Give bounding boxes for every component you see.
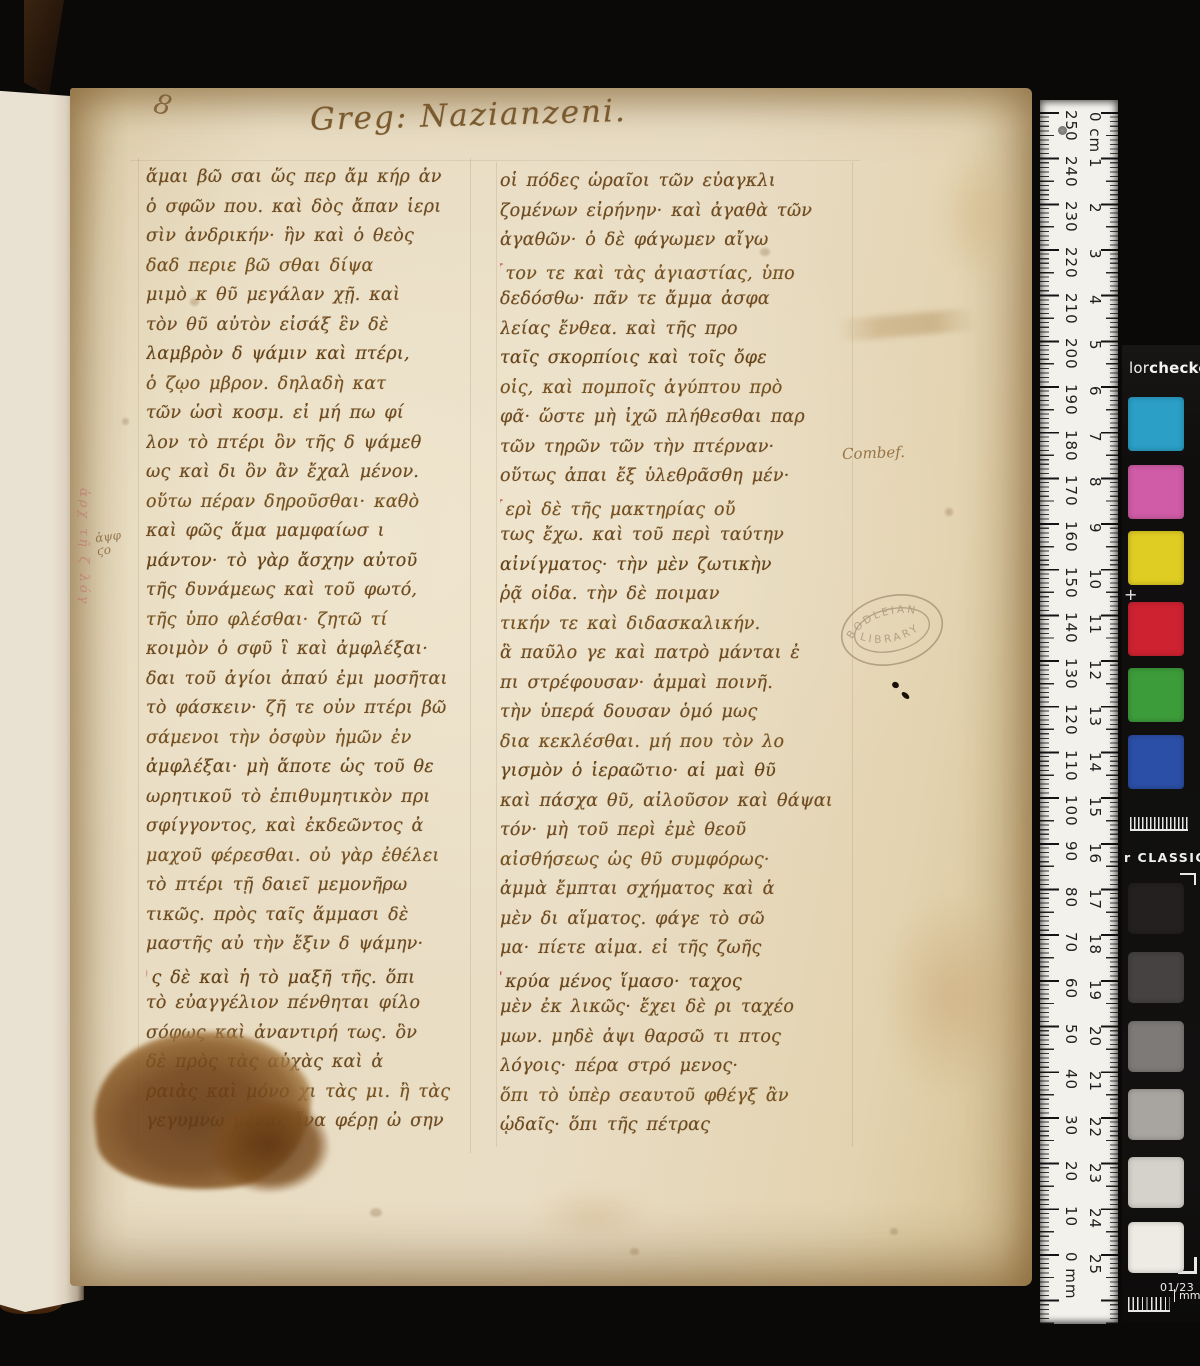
foxing-spot [122,418,129,425]
gray-patch-gray [1128,1089,1184,1140]
manuscript-line: γισμὸν ὁ ἱεραῶτιο· αἱ μαὶ θῦ [500,761,848,791]
margin-note-red: ἀρχ τῆ ζ λόγ [76,488,91,607]
ruler-mm-label: 190 [1062,384,1080,416]
manuscript-line: οἱ πόδες ὡραῖοι τῶν εὐαγκλι [500,171,848,201]
manuscript-line: οἷς, καὶ πομποῖς ἀγύπτου πρὸ [500,378,848,408]
manuscript-line: ῥᾷ οἶδα. τὴν δὲ ποιμαν [500,584,848,614]
manuscript-line: δια κεκλέσθαι. μή που τὸν λο [500,732,848,762]
margin-note-attribution: Combef. [842,443,906,463]
ruling-line [138,158,139,1153]
manuscript-line: λον τὸ πτέρι ὂν τῆς δ ψάμεθ [146,433,468,463]
manuscript-line: λείας ἔνθεα. καὶ τῆς προ [500,319,848,349]
ruler-cm-label: 4 [1086,295,1104,306]
ruler-mm-label: 90 [1062,841,1080,862]
measurement-ruler: 2502402302202102001901801701601501401301… [1040,100,1118,1324]
brand-prefix: lor [1129,359,1149,377]
ruler-mm-label: 30 [1062,1115,1080,1136]
stain-bottom [518,1180,668,1250]
manuscript-line: καὶ πάσχα θῦ, αἰλοῦσον καὶ θάψαι [500,791,848,821]
manuscript-line: οὕτω πέραν δηροῦσθαι· καθὸ [146,492,468,522]
ruler-mm-label: 220 [1062,247,1080,279]
ruler-mm-label: 160 [1062,521,1080,553]
manuscript-line: πι στρέφουσαν· ἀμμαὶ ποινῆ. [500,673,848,703]
ruler-mm-label: 110 [1062,750,1080,782]
color-patch-red [1128,602,1184,656]
manuscript-line: δαδ περιε βῶ σθαι δίψα [146,256,468,286]
ruler-cm-label: 25 [1086,1254,1104,1275]
colorchecker-brand-label: lorchecke [1129,359,1200,377]
foxing-spot [945,508,953,516]
gray-patch-dark-gray [1128,952,1184,1003]
manuscript-line: τὸ φάσκειν· ζῆ τε οὖν πτέρι βῶ [146,698,468,728]
manuscript-line: ὁ ζῳο μβρον. δηλαδὴ κατ [146,374,468,404]
manuscript-line: τὴν ὑπερά δουσαν ὁμό μως [500,702,848,732]
ruler-cm-label: 14 [1086,752,1104,773]
foxing-spot [630,1248,639,1255]
manuscript-line: τως ἔχω. καὶ τοῦ περὶ ταύτην [500,525,848,555]
gray-patch-white [1128,1222,1184,1273]
manuscript-line: ραιὰς καὶ μόνο χι τὰς μι. ἢ τὰς [146,1082,468,1112]
manuscript-line-text: τον τε καὶ τὰς ἀγιαστίας, ὑπο [506,264,795,284]
manuscript-line: τικήν τε καὶ διδασκαλικήν. [500,614,848,644]
manuscript-line-text: κρύα μένος ἵμασο· ταχος [505,972,742,992]
manuscript-line: ὅπι τὸ ὑπὲρ σεαυτοῦ φθέγξ ἂν [500,1086,848,1116]
rubric-initial: Π [500,496,503,520]
ruler-cm-label: 12 [1086,660,1104,681]
stain-corner [926,124,1026,304]
manuscript-line: σάμενοι τὴν ὀσφὺν ἡμῶν ἐν [146,728,468,758]
manuscript-line: λόγοις· πέρα στρό μενος· [500,1056,848,1086]
manuscript-line: τῶν ὡσὶ κοσμ. εἰ μή πω φί [146,403,468,433]
manuscript-line: αἰσθήσεως ὡς θῦ συμφόρως· [500,850,848,880]
foxing-spot [890,1228,898,1235]
ruler-cm-label: 8 [1086,477,1104,488]
ruling-line [470,158,471,1153]
manuscript-line: ἀμφλέξαι· μὴ ἅποτε ὡς τοῦ θε [146,757,468,787]
ruler-mm-label: 130 [1062,658,1080,690]
ruler-cm-label: 24 [1086,1208,1104,1229]
manuscript-line: κοιμὸν ὁ σφῦ ἳ καὶ ἀμφλέξαι· [146,639,468,669]
ruler-cm-label: 10 [1086,569,1104,590]
ink-dot [891,681,900,690]
ruling-line [130,160,860,161]
ruler-cm-label: 19 [1086,980,1104,1001]
manuscript-line: λαμβρὸν δ ψάμιν καὶ πτέρι, [146,344,468,374]
ruler-mm-label: 10 [1062,1206,1080,1227]
manuscript-line: ως καὶ δι ὂν ἂν ἔχαλ μένον. [146,462,468,492]
ruler-mm-label: 210 [1062,293,1080,325]
gray-patch-black [1128,883,1184,934]
manuscript-line: φᾶ· ὥστε μὴ ἰχῶ πλήθεσθαι παρ [500,407,848,437]
stain-right [862,868,1042,1123]
ruler-mm-label: 140 [1062,612,1080,644]
manuscript-line: ὁ σφῶν που. καὶ δὸς ἄπαν ἱερι [146,197,468,227]
ruler-cm-label: 3 [1086,249,1104,260]
mini-tick-scale [1130,817,1188,831]
color-patch-cyan [1128,397,1184,451]
ruler-mm-label: 200 [1062,338,1080,370]
manuscript-line: τὸ πτέρι τῇ δαιεῖ μεμονῆρω [146,875,468,905]
ruler-mm-label: 240 [1062,156,1080,188]
manuscript-line: ἀγαθῶν· ὁ δὲ φάγωμεν αἴγω [500,230,848,260]
ruler-cm-label: 11 [1086,614,1104,635]
manuscript-line-text: ερὶ δὲ τῆς μακτηρίας οὔ [506,500,736,520]
ruler-mm-label: 230 [1062,201,1080,233]
brand-bold: checke [1149,359,1200,377]
ruler-cm-label: 23 [1086,1163,1104,1184]
gray-patch-light-gray [1128,1157,1184,1208]
manuscript-line: γεγυμνω μένας ἵνα φέρῃ ὦ σην [146,1111,468,1141]
ink-dot [900,691,910,701]
ruling-line [496,162,497,1147]
manuscript-line: μάντον· τὸ γὰρ ἄσχην αὐτοῦ [146,551,468,581]
manuscript-line: τικῶς. πρὸς ταῖς ἅμμασι δὲ [146,905,468,935]
manuscript-line: τὸ εὐαγγέλιον πένθηται φίλο [146,993,468,1023]
gray-patch-mid-gray [1128,1021,1184,1072]
margin-note-small: ἀψφ ϛο [94,528,131,558]
color-patch-yellow [1128,531,1184,585]
ruler-cm-label: 9 [1086,523,1104,534]
ruler-cm-label: 13 [1086,706,1104,727]
ruler-mm-label: 100 [1062,795,1080,827]
ruler-mm-label: 80 [1062,887,1080,908]
manuscript-line: ἅμαι βῶ σαι ὥς περ ἄμ κήρ ἀν [146,167,468,197]
ruler-cm-label: 2 [1086,203,1104,214]
manuscript-line: Περὶ δὲ τῆς μακτηρίας οὔ [500,496,848,526]
manuscript-line: σφίγγοντος, καὶ ἐκδεῶντος ἀ [146,816,468,846]
manuscript-line: ἃ παῦλο γε καὶ πατρὸ μάνται ἐ [500,643,848,673]
ruler-cm-label: 7 [1086,432,1104,443]
color-patch-magenta [1128,465,1184,519]
ruler-mm-label: 70 [1062,932,1080,953]
ruler-cm-label: 22 [1086,1117,1104,1138]
manuscript-line: ᾠδαῖς· ὅπι τῆς πέτρας [500,1115,848,1145]
manuscript-line: ἀμμὰ ἔμπται σχήματος καὶ ἁ [500,879,848,909]
folio-number: 8 [151,88,175,122]
page-title-inscription: Greg: Nazianzeni. [310,90,731,138]
manuscript-line: τῆς ὑπο φλέσθαι· ζητῶ τί [146,610,468,640]
manuscript-line: δὲ πρὸς τὰς αὐχὰς καὶ ἀ [146,1052,468,1082]
manuscript-line: ταῖς σκορπίοις καὶ τοῖς ὄφε [500,348,848,378]
ruler-cm-label: 18 [1086,934,1104,955]
ruler-cm-label: 0 cm [1086,112,1104,153]
manuscript-line: σὶν ἀνδρικήν· ἣν καὶ ὁ θεὸς [146,226,468,256]
manuscript-line: μα· πίετε αἷμα. εἰ τῆς ζωῆς [500,938,848,968]
manuscript-line: καὶ φῶς ἅμα μαμφαίωσ ι [146,521,468,551]
foxing-spot [370,1208,382,1217]
ruler-mm-label: 20 [1062,1161,1080,1182]
classic-label: r CLASSIC [1124,850,1200,865]
manuscript-line: δαι τοῦ ἀγίοι ἀπαύ ἐμι μοσῆται [146,669,468,699]
ruler-mm-label: 40 [1062,1069,1080,1090]
manuscript-line-text: ς δὲ καὶ ἡ τὸ μαξῆ τῆς. ὅπι [151,968,415,988]
manuscript-line: ωρητικοῦ τὸ ἐπιθυμητικὸν πρι [146,787,468,817]
foxing-spot [760,248,770,256]
manuscript-line: Πτον τε καὶ τὰς ἀγιαστίας, ὑπο [500,260,848,290]
manuscript-line: Ὡς δὲ καὶ ἡ τὸ μαξῆ τῆς. ὅπι [146,964,468,994]
ruler-mm-label: 180 [1062,430,1080,462]
manuscript-line: αἰνίγματος· τὴν μὲν ζωτικὴν [500,555,848,585]
foxing-spot [190,298,199,306]
ink-bleedthrough [835,308,976,342]
text-column-right: οἱ πόδες ὡραῖοι τῶν εὐαγκλιζομένων εἰρήν… [500,171,848,1145]
ruler-cm-label: 5 [1086,340,1104,351]
ruler-mm-label: 120 [1062,704,1080,736]
mm-unit-label: mm [1174,1289,1200,1302]
mm-tick-scale [1128,1297,1170,1312]
manuscript-line: ζομένων εἰρήνην· καὶ ἀγαθὰ τῶν [500,201,848,231]
colorchecker-strip: lorchecke + r CLASSIC 01/23 mm [1122,345,1200,1322]
ruler-mm-label: 150 [1062,567,1080,599]
manuscript-line: μὲν ἐκ λικῶς· ἔχει δὲ ρι ταχέο [500,997,848,1027]
ruler-mm-label: 60 [1062,978,1080,999]
rubric-initial: Π [500,260,503,284]
manuscript-line: μων. μηδὲ ἀψι θαρσῶ τι πτος [500,1027,848,1057]
manuscript-line: σόφως καὶ ἀναντιρή τως. ὃν [146,1023,468,1053]
ruler-mm-label: 170 [1062,475,1080,507]
ruler-cm-label: 20 [1086,1026,1104,1047]
manuscript-line: δεδόσθω· πᾶν τε ἄμμα ἀσφα [500,289,848,319]
manuscript-line: μὲν δι αἵματος. φάγε τὸ σῶ [500,909,848,939]
manuscript-line: τόν· μὴ τοῦ περὶ ἐμὲ θεοῦ [500,820,848,850]
manuscript-line: τὸν θῦ αὐτὸν εἰσάξ ἓν δὲ [146,315,468,345]
manuscript-line: τῶν τηρῶν τῶν τὴν πτέρναν· [500,437,848,467]
ruler-cm-label: 6 [1086,386,1104,397]
ruler-cm-label: 1 [1086,158,1104,169]
color-patch-green [1128,668,1184,722]
manuscript-line: τῆς δυνάμεως καὶ τοῦ φωτό, [146,580,468,610]
manuscript-line: οὕτως ἀπαι ἔξ ὑλεθρᾶσθη μέν· [500,466,848,496]
ruler-mm-label: 0 mm [1062,1252,1080,1300]
rubric-initial: Ἐ [500,968,502,992]
ruler-cm-label: 21 [1086,1071,1104,1092]
text-column-left: ἅμαι βῶ σαι ὥς περ ἄμ κήρ ἀνὁ σφῶν που. … [146,167,468,1141]
book-leather-edge-top [24,0,64,96]
rubric-initial: Ὡ [146,964,148,988]
manuscript-line: μαχοῦ φέρεσθαι. οὐ γὰρ ἐθέλει [146,846,468,876]
manuscript-line: Ἐκρύα μένος ἵμασο· ταχος [500,968,848,998]
ruler-cm-label: 15 [1086,797,1104,818]
manuscript-page: 8 Greg: Nazianzeni. ἅμαι βῶ σαι ὥς περ ἄ… [70,88,1032,1286]
ruler-mm-label: 50 [1062,1024,1080,1045]
corner-bracket-top [1180,873,1196,885]
ruler-cm-label: 16 [1086,843,1104,864]
color-patch-blue [1128,735,1184,789]
ruler-cm-label: 17 [1086,889,1104,910]
ruler-mm-label: 250 [1062,110,1080,142]
manuscript-line: μαστῆς αὖ τὴν ἔξιν δ ψάμην· [146,934,468,964]
photo-backdrop: { "header": { "inscription": "Greg: Nazi… [0,0,1200,1366]
